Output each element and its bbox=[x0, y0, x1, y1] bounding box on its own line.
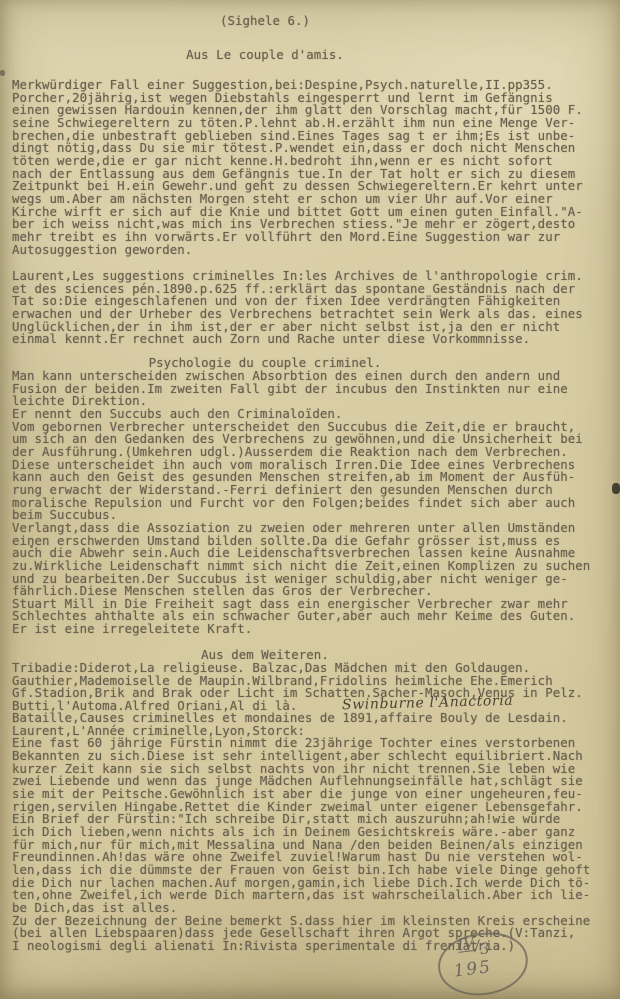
ink-speck bbox=[612, 483, 620, 494]
paragraph-despine-case: Merkwürdiger Fall einer Suggestion,bei:D… bbox=[12, 79, 583, 256]
paragraph-laurent-suggestions: Laurent,Les suggestions criminelles In:l… bbox=[12, 270, 583, 346]
typewritten-document-page: (Sighele 6.) Aus Le couple d'amis. Merkw… bbox=[0, 0, 620, 999]
paragraph-psychologie-notes: Man kann unterscheiden zwischen Absorbti… bbox=[12, 370, 590, 636]
archive-fraction: IV/3 bbox=[457, 938, 490, 955]
archive-fraction-numerator: IV bbox=[457, 937, 475, 953]
archive-fraction-denominator: 3 bbox=[479, 942, 490, 956]
paragraph-fuerstin-case: Bataille,Causes criminelles et mondaines… bbox=[12, 712, 590, 952]
ink-speck bbox=[0, 70, 5, 76]
archive-number: 195 bbox=[453, 961, 493, 978]
section-title-le-couple-damis: Aus Le couple d'amis. bbox=[0, 49, 530, 62]
ink-speck bbox=[30, 545, 33, 548]
page-header-sighele: (Sighele 6.) bbox=[0, 15, 530, 28]
